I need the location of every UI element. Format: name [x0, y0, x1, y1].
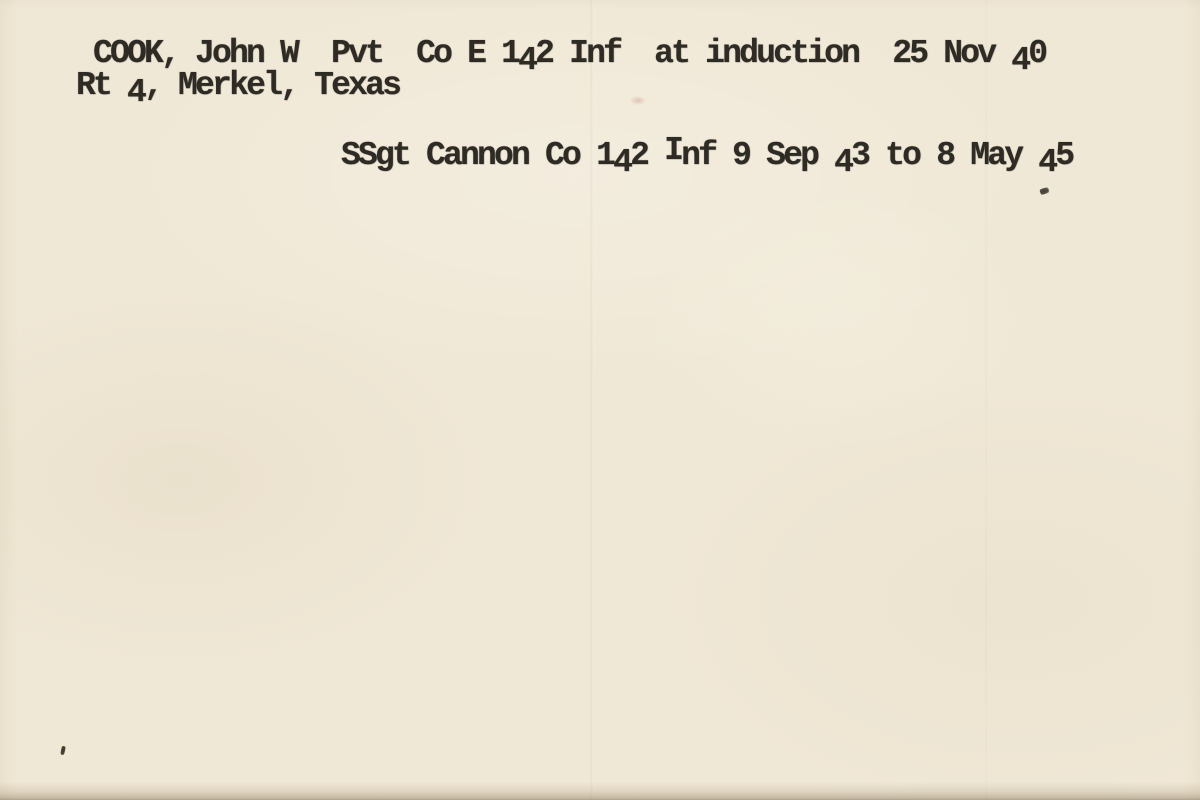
scan-edge-shadow: [0, 782, 1200, 800]
text-segment: nf 9 Sep: [681, 137, 834, 174]
text-segment-low-four: 4: [613, 144, 630, 181]
text-segment-low-four: 4: [1011, 42, 1028, 79]
text-segment: 2: [630, 137, 664, 174]
text-segment: 2 Inf at induction 25 Nov: [535, 35, 1011, 72]
ink-speck: [60, 746, 66, 756]
text-segment-low-four: 4: [1038, 144, 1055, 181]
text-segment: Rt: [76, 67, 127, 104]
text-segment-low-four: 4: [127, 74, 144, 111]
text-segment: , Merkel, Texas: [144, 67, 399, 104]
text-segment: SSgt Cannon Co 1: [341, 137, 613, 174]
text-segment-raised-i: I: [664, 132, 681, 169]
typed-line-service-record: SSgt Cannon Co 142 Inf 9 Sep 43 to 8 May…: [273, 106, 1072, 205]
text-segment-low-four: 4: [518, 42, 535, 79]
text-segment: 0: [1028, 35, 1045, 72]
text-segment-low-four: 4: [834, 144, 851, 181]
text-segment: 5: [1055, 137, 1072, 174]
text-segment: 3 to 8 May: [851, 137, 1038, 174]
index-card: COOK, John W Pvt Co E 142 Inf at inducti…: [0, 0, 1200, 800]
